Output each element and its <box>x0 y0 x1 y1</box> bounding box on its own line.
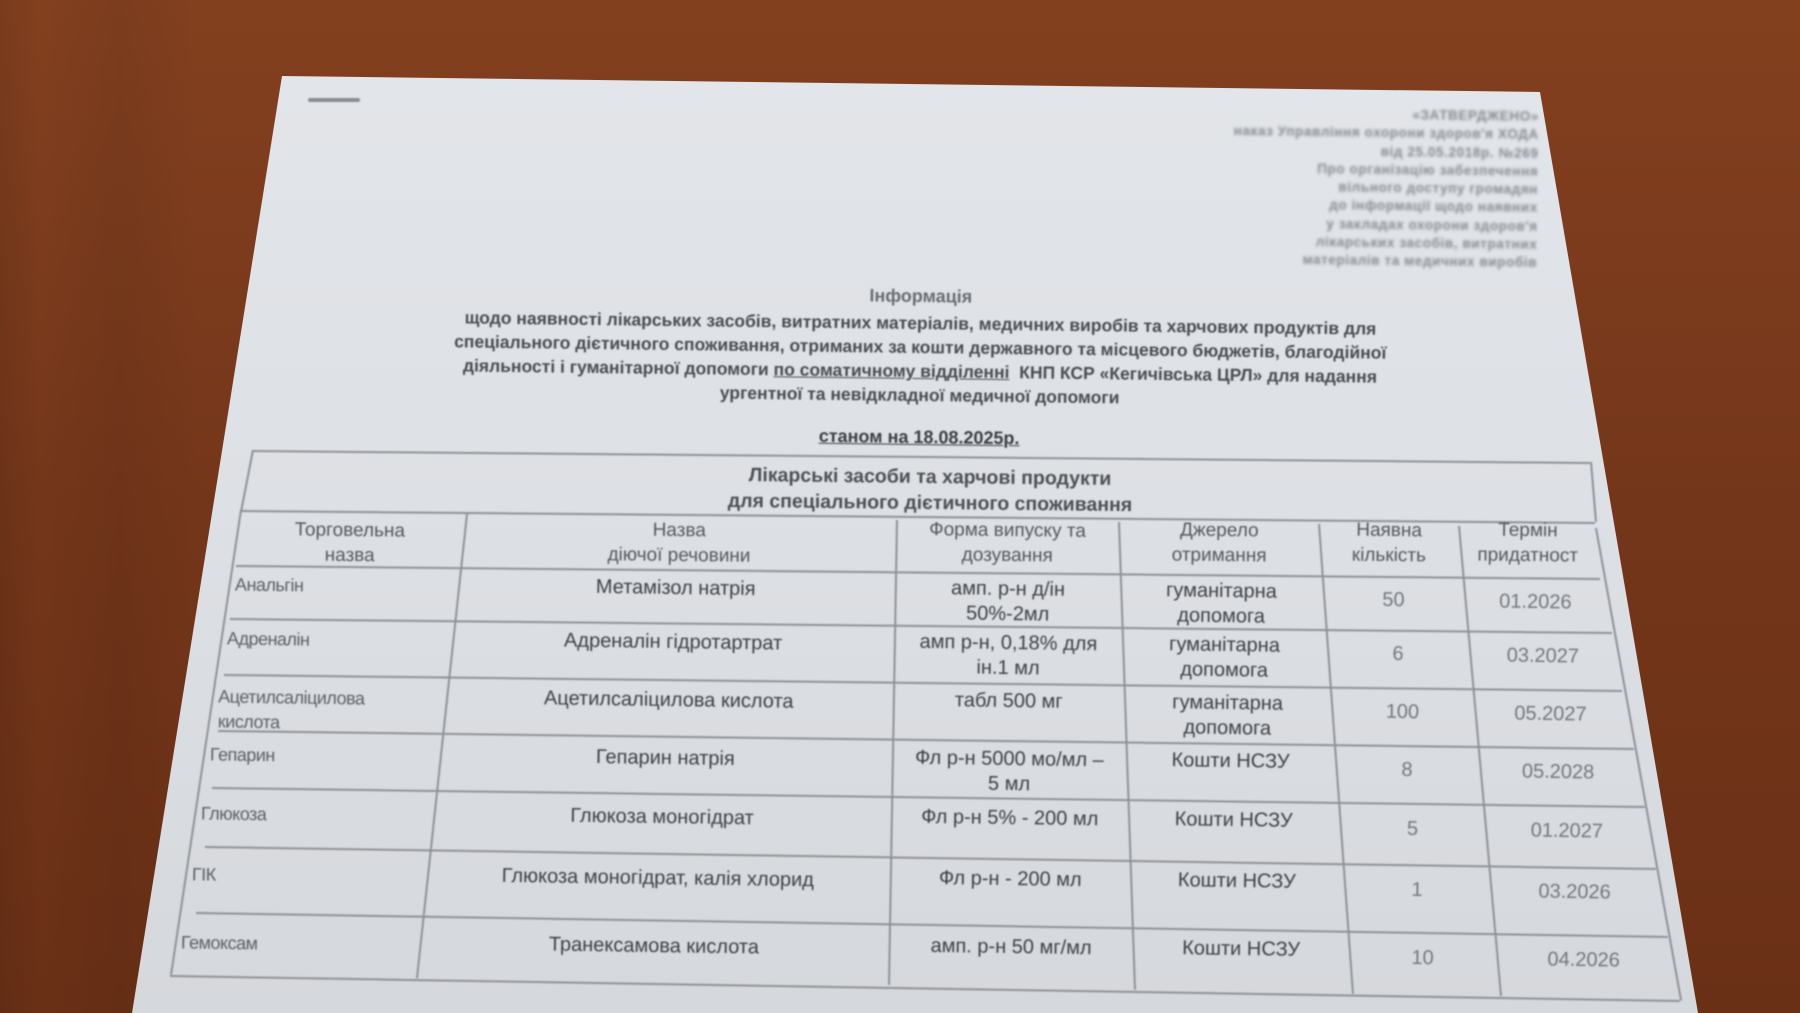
table-rule <box>252 450 1590 464</box>
table-cell-substance: Гепарин натрія <box>439 742 892 773</box>
table-cell-expiry: 03.2027 <box>1469 643 1617 670</box>
table-cell-expiry: 05.2027 <box>1474 701 1627 728</box>
table-cell-form: Фл р-н - 200 мл <box>890 866 1131 894</box>
table-section-title: для спеціального дієтичного споживання <box>680 489 1180 517</box>
paper-sheet: «ЗАТВЕРДЖЕНО» наказ Управління охорони з… <box>0 0 1800 1013</box>
cell-text: гуманітарна <box>1124 689 1331 717</box>
table-cell-expiry: 01.2026 <box>1464 589 1607 616</box>
column-header-line: придатност <box>1459 542 1597 568</box>
table-cell-expiry: 04.2026 <box>1496 947 1672 974</box>
cell-text: Кошти НСЗУ <box>1133 935 1350 963</box>
cell-text: ГІК <box>192 862 427 890</box>
cell-text: Кошти НСЗУ <box>1130 867 1344 895</box>
cell-text: 05.2028 <box>1479 759 1638 786</box>
cell-text: Фл р-н - 200 мл <box>890 866 1131 894</box>
table-cell-source: гуманітарнадопомога <box>1124 689 1332 742</box>
cell-text: допомога <box>1124 714 1331 742</box>
cell-text: Фл р-н 5% - 200 мл <box>891 805 1129 833</box>
cell-text: Гепарин натрія <box>439 742 892 773</box>
column-header-line: Джерело <box>1119 517 1320 544</box>
cell-text: 01.2027 <box>1484 818 1648 845</box>
table-cell-form: амп. р-н 50 мг/мл <box>888 933 1132 961</box>
cell-text: Кошти НСЗУ <box>1128 806 1340 834</box>
table-cell-qty: 6 <box>1327 641 1469 668</box>
column-header: Назвадіючої речовини <box>463 516 896 571</box>
column-header-line: дозування <box>895 542 1118 569</box>
cell-text: 5 <box>1339 816 1484 843</box>
table-cell-qty: 10 <box>1349 945 1496 972</box>
table-cell-form: амп. р-н д/ін50%-2мл <box>894 576 1120 629</box>
table-cell-source: Кошти НСЗУ <box>1126 747 1335 775</box>
table-cell-form: табл 500 мг <box>893 688 1125 716</box>
table-cell-substance: Метамізол натрія <box>457 573 895 604</box>
column-header-line: назва <box>236 542 464 569</box>
table-rule <box>240 450 254 512</box>
table-cell-substance: Ацетилсаліцилова кислота <box>445 684 893 715</box>
table-cell-source: гуманітарнадопомога <box>1120 577 1323 630</box>
table-cell-qty: 1 <box>1344 877 1490 904</box>
table-cell-substance: Адреналін гідротартрат <box>451 627 894 658</box>
cell-text: допомога <box>1122 656 1327 684</box>
table-cell-trade: Адреналін <box>227 626 452 654</box>
cell-text: 05.2027 <box>1474 701 1627 728</box>
paper-content: «ЗАТВЕРДЖЕНО» наказ Управління охорони з… <box>0 0 1800 1013</box>
table-cell-trade: ГІК <box>192 862 427 890</box>
table-cell-substance: Глюкоза моногідрат <box>433 801 891 832</box>
table-cell-qty: 5 <box>1339 816 1484 843</box>
cell-text: Кошти НСЗУ <box>1126 747 1335 775</box>
cell-text: Адреналін <box>227 626 452 654</box>
medicines-table: Лікарські засоби та харчові продуктидля … <box>0 0 1800 1013</box>
cell-text: Гемоксам <box>181 930 419 958</box>
column-header: Торговельнаназва <box>236 517 464 569</box>
table-cell-form: Фл р-н 5000 мо/мл –5 мл <box>891 746 1126 799</box>
cell-text: табл 500 мг <box>893 688 1125 716</box>
cell-text: 50%-2мл <box>894 601 1120 629</box>
cell-text: кислота <box>218 709 445 737</box>
cell-text: 8 <box>1335 757 1479 784</box>
cell-text: 100 <box>1331 699 1474 726</box>
cell-text: Анальгін <box>235 572 457 600</box>
cell-text: амп. р-н д/ін <box>895 576 1121 604</box>
table-cell-form: Фл р-н 5% - 200 мл <box>891 805 1129 833</box>
table-cell-qty: 8 <box>1335 757 1479 784</box>
column-header: Форма випуску тадозування <box>895 517 1118 569</box>
cell-text: 1 <box>1344 877 1490 904</box>
column-header-line: діючої речовини <box>463 541 896 571</box>
table-cell-substance: Глюкоза моногідрат, калія хлорид <box>426 862 890 893</box>
column-header-line: Форма випуску та <box>896 517 1119 544</box>
table-cell-expiry: 05.2028 <box>1479 759 1638 786</box>
cell-text: Глюкоза моногідрат, калія хлорид <box>426 862 890 893</box>
table-cell-qty: 50 <box>1323 587 1464 614</box>
cell-text: амп р-н, 0,18% для <box>894 630 1123 658</box>
cell-text: Фл р-н 5000 мо/мл – <box>892 746 1127 774</box>
cell-text: 03.2027 <box>1469 643 1617 670</box>
table-cell-trade: Гепарин <box>210 742 440 770</box>
cell-text: допомога <box>1120 602 1323 630</box>
table-cell-trade: Анальгін <box>235 572 457 600</box>
cell-text: 10 <box>1349 945 1496 972</box>
table-cell-trade: Ацетилсаліциловакислота <box>218 684 445 737</box>
table-section-title: Лікарські засоби та харчові продукти <box>690 463 1170 491</box>
cell-text: гуманітарна <box>1120 577 1323 605</box>
column-header: Термінпридатност <box>1459 517 1597 568</box>
cell-text: 03.2026 <box>1490 879 1659 906</box>
column-header: Наявнакількість <box>1319 517 1460 568</box>
column-header-line: Наявна <box>1319 517 1459 543</box>
cell-text: 04.2026 <box>1496 947 1672 974</box>
column-header: Джерелоотримання <box>1118 517 1319 569</box>
cell-text: Адреналін гідротартрат <box>451 627 894 658</box>
cell-text: Гепарин <box>210 742 440 770</box>
table-cell-source: Кошти НСЗУ <box>1133 935 1350 963</box>
cell-text: Глюкоза <box>201 801 433 829</box>
table-cell-expiry: 01.2027 <box>1484 818 1648 845</box>
table-cell-source: Кошти НСЗУ <box>1130 867 1344 895</box>
column-header-line: Торговельна <box>236 517 464 544</box>
column-header-line: кількість <box>1319 542 1459 568</box>
cell-text: Метамізол натрія <box>457 573 895 604</box>
table-rule <box>170 975 1680 1002</box>
cell-text: ін.1 мл <box>893 655 1122 683</box>
table-cell-expiry: 03.2026 <box>1490 879 1659 906</box>
column-header-line: отримання <box>1118 542 1319 569</box>
cell-text: амп. р-н 50 мг/мл <box>888 933 1132 961</box>
table-rule <box>1590 462 1597 522</box>
table-cell-qty: 100 <box>1331 699 1474 726</box>
cell-text: Глюкоза моногідрат <box>433 801 891 832</box>
cell-text: 01.2026 <box>1464 589 1607 616</box>
table-cell-substance: Транексамова кислота <box>419 930 889 962</box>
table-cell-trade: Глюкоза <box>201 801 433 829</box>
cell-text: Транексамова кислота <box>419 930 889 962</box>
cell-text: гуманітарна <box>1122 631 1327 659</box>
column-header-line: Термін <box>1459 517 1597 543</box>
table-cell-trade: Гемоксам <box>181 930 419 958</box>
cell-text: 50 <box>1323 587 1464 614</box>
cell-text: Ацетилсаліцилова кислота <box>445 684 893 715</box>
table-cell-source: гуманітарнадопомога <box>1122 631 1327 684</box>
cell-text: 5 мл <box>891 771 1126 799</box>
cell-text: Ацетилсаліцилова <box>218 684 445 712</box>
table-cell-source: Кошти НСЗУ <box>1128 806 1340 834</box>
table-cell-form: амп р-н, 0,18% дляін.1 мл <box>893 630 1122 683</box>
cell-text: 6 <box>1327 641 1469 668</box>
